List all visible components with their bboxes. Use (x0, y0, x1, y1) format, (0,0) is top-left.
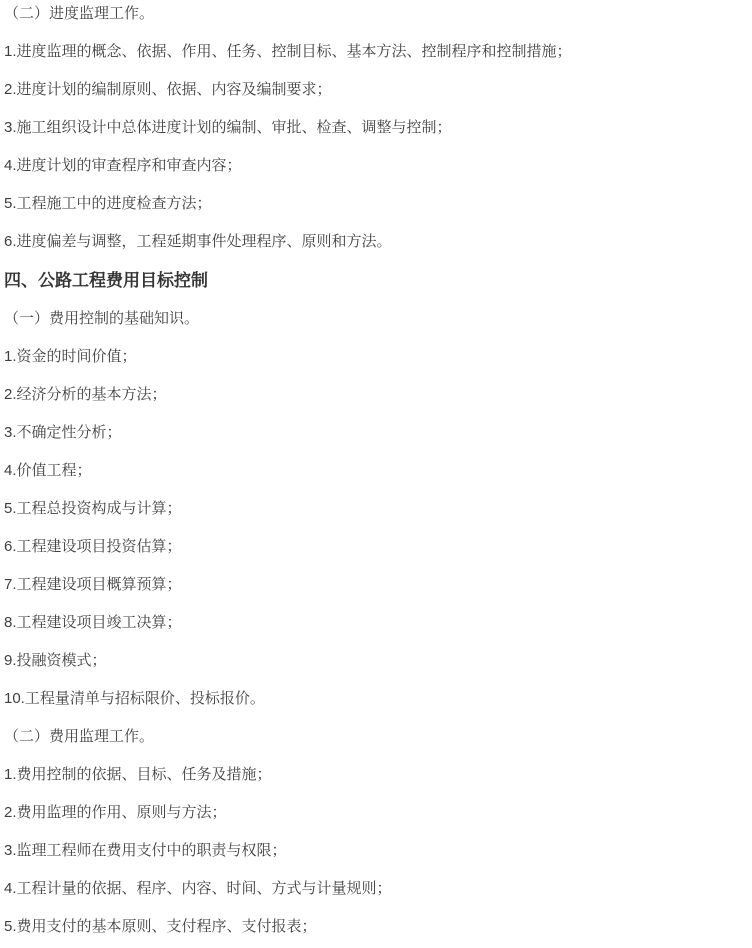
list-item-cost-basics-4: 4.价值工程； (4, 460, 742, 482)
list-item-cost-supervision-5: 5.费用支付的基本原则、支付程序、支付报表； (4, 916, 742, 938)
list-item-cost-basics-9: 9.投融资模式； (4, 650, 742, 672)
list-item-progress-6: 6.进度偏差与调整，工程延期事件处理程序、原则和方法。 (4, 231, 742, 253)
list-item-cost-basics-5: 5.工程总投资构成与计算； (4, 498, 742, 520)
list-item-cost-supervision-4: 4.工程计量的依据、程序、内容、时间、方式与计量规则； (4, 878, 742, 900)
list-item-cost-basics-10: 10.工程量清单与招标限价、投标报价。 (4, 688, 742, 710)
list-item-progress-2: 2.进度计划的编制原则、依据、内容及编制要求； (4, 79, 742, 101)
list-item-cost-basics-3: 3.不确定性分析； (4, 422, 742, 444)
list-item-cost-basics-8: 8.工程建设项目竣工决算； (4, 612, 742, 634)
list-item-progress-3: 3.施工组织设计中总体进度计划的编制、审批、检查、调整与控制； (4, 117, 742, 139)
list-item-cost-basics-7: 7.工程建设项目概算预算； (4, 574, 742, 596)
document-body: （二）进度监理工作。 1.进度监理的概念、依据、作用、任务、控制目标、基本方法、… (0, 0, 752, 938)
list-item-cost-supervision-3: 3.监理工程师在费用支付中的职责与权限； (4, 840, 742, 862)
list-item-progress-1: 1.进度监理的概念、依据、作用、任务、控制目标、基本方法、控制程序和控制措施； (4, 41, 742, 63)
list-item-cost-basics-6: 6.工程建设项目投资估算； (4, 536, 742, 558)
list-item-progress-5: 5.工程施工中的进度检查方法； (4, 193, 742, 215)
list-item-cost-supervision-2: 2.费用监理的作用、原则与方法； (4, 802, 742, 824)
list-item-cost-basics-2: 2.经济分析的基本方法； (4, 384, 742, 406)
subsection-heading-cost-supervision: （二）费用监理工作。 (4, 726, 742, 748)
subsection-heading-progress-supervision: （二）进度监理工作。 (4, 3, 742, 25)
list-item-cost-basics-1: 1.资金的时间价值； (4, 346, 742, 368)
section-heading-cost-target-control: 四、公路工程费用目标控制 (4, 269, 742, 292)
list-item-cost-supervision-1: 1.费用控制的依据、目标、任务及措施； (4, 764, 742, 786)
subsection-heading-cost-basics: （一）费用控制的基础知识。 (4, 308, 742, 330)
list-item-progress-4: 4.进度计划的审查程序和审查内容； (4, 155, 742, 177)
